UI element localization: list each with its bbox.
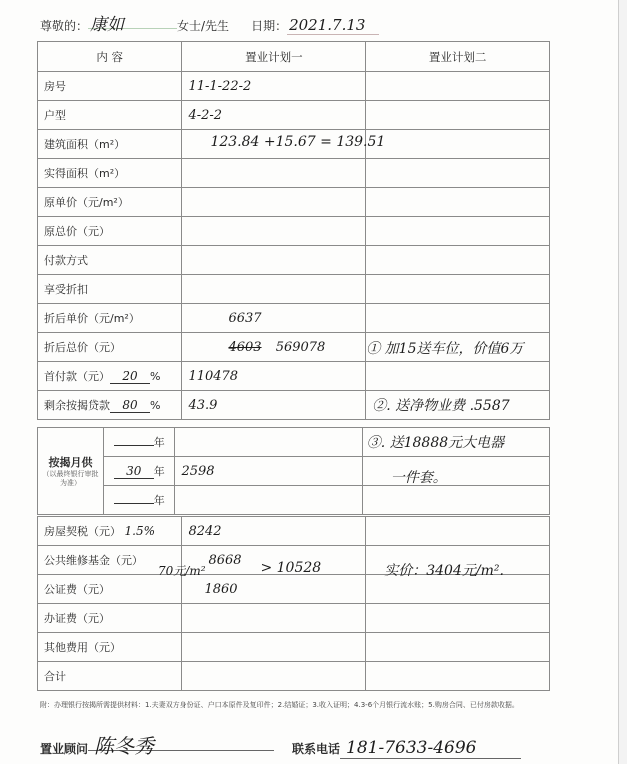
row-label-down-payment: 首付款（元）20% xyxy=(38,362,182,391)
plan2-remaining-loan[interactable]: ②. 送净物业费 .5587 xyxy=(366,391,550,420)
plan1-original-unit-price[interactable] xyxy=(182,188,366,217)
row-label-maintenance-fund: 公共维修基金（元）70元/m² xyxy=(38,546,182,575)
greeting-line: 尊敬的： 康如 女士/先生 日期： 2021.7.13 xyxy=(40,10,379,35)
row-label: 办证费（元） xyxy=(38,604,182,633)
term-years-3[interactable] xyxy=(114,503,154,504)
plan1-monthly-1[interactable] xyxy=(175,428,362,457)
table-header-row: 内 容 置业计划一 置业计划二 xyxy=(38,42,550,72)
fees-section: 房屋契税（元） 1.5% 8242 公共维修基金（元）70元/m² 8668> … xyxy=(37,516,550,691)
plan1-deed-tax[interactable]: 8242 xyxy=(182,517,366,546)
row-label: 房号 xyxy=(38,72,182,101)
plan2-certificate-fee[interactable] xyxy=(366,604,550,633)
plan2-total[interactable] xyxy=(366,662,550,691)
row-label: 折后单价（元/m²） xyxy=(38,304,182,333)
table-row: 其他费用（元） xyxy=(38,633,550,662)
row-label: 折后总价（元） xyxy=(38,333,182,362)
plan2-down-payment[interactable] xyxy=(366,362,550,391)
page-edge xyxy=(618,0,627,764)
table-row: 公证费（元） 1860 xyxy=(38,575,550,604)
row-label: 合计 xyxy=(38,662,182,691)
plan2-original-total[interactable] xyxy=(366,217,550,246)
phone-label: 联系电话 xyxy=(292,740,340,757)
table-row: 房屋契税（元） 1.5% 8242 xyxy=(38,517,550,546)
plan1-notary-fee[interactable]: 1860 xyxy=(182,575,366,604)
plan1-actual-area[interactable] xyxy=(182,159,366,188)
table-row: 原单价（元/m²） xyxy=(38,188,550,217)
plan2-discounted-unit-price[interactable] xyxy=(366,304,550,333)
plan1-building-area[interactable]: 123.84 +15.67 = 139.51 xyxy=(182,130,366,159)
plan2-room-number[interactable] xyxy=(366,72,550,101)
term-cell: 年 xyxy=(104,428,175,457)
plan2-building-area[interactable] xyxy=(366,130,550,159)
plan1-total[interactable] xyxy=(182,662,366,691)
row-label: 享受折扣 xyxy=(38,275,182,304)
advisor-name-field[interactable]: 陈冬秀 xyxy=(88,730,274,751)
table-row: 首付款（元）20% 110478 xyxy=(38,362,550,391)
term-years-1[interactable] xyxy=(114,445,154,446)
table-row: 付款方式 xyxy=(38,246,550,275)
row-label: 户型 xyxy=(38,101,182,130)
table-row: 公共维修基金（元）70元/m² 8668> 10528 实价：3404元/m². xyxy=(38,546,550,575)
plan2-monthly-1[interactable]: ③. 送18888元大电器 xyxy=(362,428,549,457)
column-header-plan1: 置业计划一 xyxy=(182,42,366,72)
date-label: 日期： xyxy=(251,17,287,34)
table-row: 实得面积（m²） xyxy=(38,159,550,188)
plan2-discounted-total[interactable]: ① 加15送车位，价值6万 xyxy=(366,333,550,362)
column-header-content: 内 容 xyxy=(38,42,182,72)
plan2-layout[interactable] xyxy=(366,101,550,130)
advisor-line: 置业顾问 陈冬秀 联系电话 181-7633-4696 xyxy=(40,730,521,759)
handwritten-note-2: ②. 送净物业费 .5587 xyxy=(372,395,509,415)
term-cell: 30年 xyxy=(104,457,175,486)
discounted-total-value: 569078 xyxy=(266,340,326,355)
table-row: 折后单价（元/m²） 6637 xyxy=(38,304,550,333)
plan2-other-fees[interactable] xyxy=(366,633,550,662)
table-row: 房号 11-1-22-2 xyxy=(38,72,550,101)
row-label: 原总价（元） xyxy=(38,217,182,246)
mortgage-row: 30年 2598 一件套。 xyxy=(38,457,550,486)
mortgage-section: 按揭月供 （以最终银行审批为准） 年 ③. 送18888元大电器 30年 259… xyxy=(37,427,550,515)
row-label: 建筑面积（m²） xyxy=(38,130,182,159)
plan1-other-fees[interactable] xyxy=(182,633,366,662)
plan2-monthly-3[interactable] xyxy=(362,486,549,515)
table-row: 合计 xyxy=(38,662,550,691)
row-label: 其他费用（元） xyxy=(38,633,182,662)
table-row: 办证费（元） xyxy=(38,604,550,633)
plan1-monthly-2[interactable]: 2598 xyxy=(175,457,362,486)
table-row: 户型 4-2-2 xyxy=(38,101,550,130)
plan1-original-total[interactable] xyxy=(182,217,366,246)
plan2-notary-fee[interactable] xyxy=(366,575,550,604)
table-row: 折后总价（元） 4603 569078 ① 加15送车位，价值6万 xyxy=(38,333,550,362)
handwritten-note-3b: 一件套。 xyxy=(391,467,447,487)
term-cell: 年 xyxy=(104,486,175,515)
discounted-unit-price-value: 6637 xyxy=(188,311,261,326)
table-row: 享受折扣 xyxy=(38,275,550,304)
deed-tax-rate: 1.5% xyxy=(125,524,156,538)
row-label: 付款方式 xyxy=(38,246,182,275)
handwritten-note-3: ③. 送18888元大电器 xyxy=(367,432,504,452)
plan1-remaining-loan[interactable]: 43.9 xyxy=(182,391,366,420)
plan1-discounted-total[interactable]: 4603 569078 xyxy=(182,333,366,362)
attachment-note: 附：办理银行按揭所需提供材料：1.夫妻双方身份证、户口本原件及复印件；2.结婚证… xyxy=(40,700,519,710)
phone-field[interactable]: 181-7633-4696 xyxy=(340,738,521,759)
mortgage-label-cell: 按揭月供 （以最终银行审批为准） xyxy=(38,428,104,515)
mortgage-row: 年 xyxy=(38,486,550,515)
handwritten-note-1: ① 加15送车位，价值6万 xyxy=(366,338,523,358)
plan1-payment-method[interactable] xyxy=(182,246,366,275)
plan1-down-payment[interactable]: 110478 xyxy=(182,362,366,391)
plan2-maintenance-fund[interactable]: 实价：3404元/m². xyxy=(366,546,550,575)
plan2-payment-method[interactable] xyxy=(366,246,550,275)
table-row: 建筑面积（m²） 123.84 +15.67 = 139.51 xyxy=(38,130,550,159)
row-label: 实得面积（m²） xyxy=(38,159,182,188)
date-field[interactable]: 2021.7.13 xyxy=(287,16,379,35)
purchase-plan-body: 房号 11-1-22-2 户型 4-2-2 建筑面积（m²） 123.84 +1… xyxy=(37,71,550,420)
plan2-actual-area[interactable] xyxy=(366,159,550,188)
plan1-certificate-fee[interactable] xyxy=(182,604,366,633)
term-years-2[interactable]: 30 xyxy=(114,464,154,479)
plan1-discounted-unit-price[interactable]: 6637 xyxy=(182,304,366,333)
building-area-handwriting: 123.84 +15.67 = 139.51 xyxy=(210,134,385,150)
plan1-monthly-3[interactable] xyxy=(175,486,362,515)
title-suffix: 女士/先生 xyxy=(177,17,229,34)
table-row: 原总价（元） xyxy=(38,217,550,246)
mortgage-label: 按揭月供 xyxy=(40,454,101,470)
plan1-room-number[interactable]: 11-1-22-2 xyxy=(182,72,366,101)
row-label-remaining-loan: 剩余按揭贷款80% xyxy=(38,391,182,420)
mortgage-row: 按揭月供 （以最终银行审批为准） 年 ③. 送18888元大电器 xyxy=(38,428,550,457)
struck-value: 4603 xyxy=(188,340,261,355)
table-row: 剩余按揭贷款80% 43.9 ②. 送净物业费 .5587 xyxy=(38,391,550,420)
plan1-layout[interactable]: 4-2-2 xyxy=(182,101,366,130)
greeting-label: 尊敬的： xyxy=(40,17,88,34)
plan2-monthly-2[interactable]: 一件套。 xyxy=(362,457,549,486)
plan2-deed-tax[interactable] xyxy=(366,517,550,546)
mortgage-note: （以最终银行审批为准） xyxy=(40,470,101,488)
plan2-original-unit-price[interactable] xyxy=(366,188,550,217)
row-label-deed-tax: 房屋契税（元） 1.5% xyxy=(38,517,182,546)
column-header-plan2: 置业计划二 xyxy=(366,42,550,72)
loan-percent[interactable]: 80 xyxy=(110,398,150,413)
advisor-label: 置业顾问 xyxy=(40,740,88,757)
plan2-discount[interactable] xyxy=(366,275,550,304)
down-payment-percent[interactable]: 20 xyxy=(110,369,150,384)
plan1-discount[interactable] xyxy=(182,275,366,304)
customer-name-field[interactable]: 康如 xyxy=(88,10,177,29)
row-label: 原单价（元/m²） xyxy=(38,188,182,217)
plan1-maintenance-fund[interactable]: 8668> 10528 xyxy=(182,546,366,575)
